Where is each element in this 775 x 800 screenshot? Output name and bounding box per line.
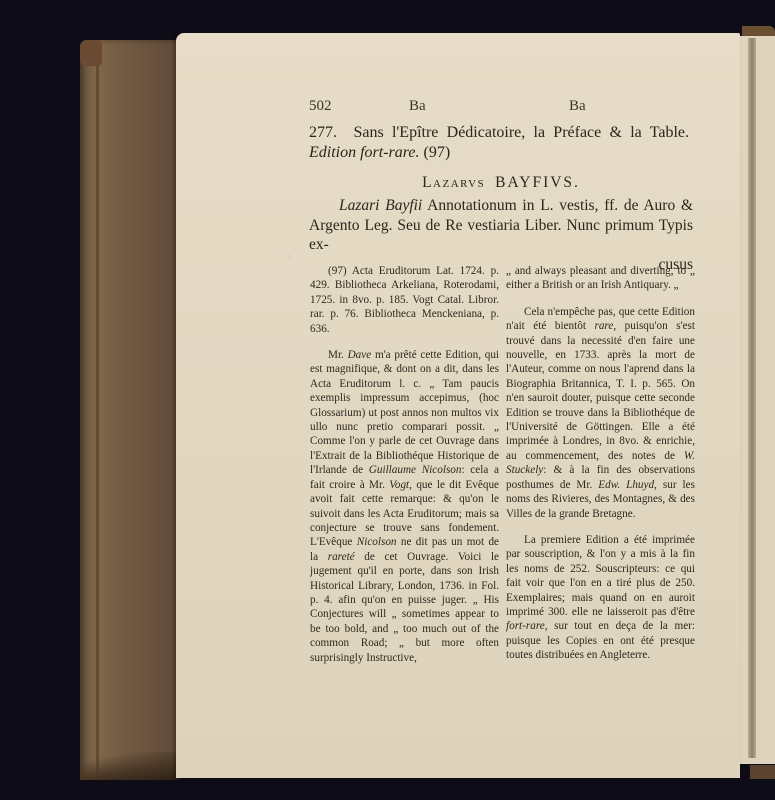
running-head-left: Ba — [409, 98, 426, 115]
italic-name: Nicolson — [357, 536, 397, 548]
right-column: „ and always pleasant and diverting, to … — [506, 264, 695, 675]
text: m'a prêté cette Edition, qui est magnifi… — [310, 349, 499, 476]
paragraph-3: La premiere Edition a été imprimée par s… — [506, 533, 695, 663]
footnote-ref: (97) — [424, 144, 451, 161]
title-entry: Lazari Bayfii Annotationum in L. vestis,… — [309, 196, 693, 274]
text: de cet Ouvrage. Voici le jugement qu'il … — [310, 551, 499, 664]
paragraph-1: Mr. Dave m'a prêté cette Edition, qui es… — [310, 348, 499, 665]
italic-name: Guillaume Nicolson — [369, 464, 462, 476]
author-first-name: Lazarvs — [422, 174, 485, 191]
quote-continuation: „ and always pleasant and diverting, to … — [506, 264, 695, 293]
text: , puisqu'on s'est trouvé dans la necessi… — [506, 320, 695, 462]
footnote-97: (97) Acta Eruditorum Lat. 1724. p. 429. … — [310, 264, 499, 336]
left-column: (97) Acta Eruditorum Lat. 1724. p. 429. … — [310, 264, 499, 677]
page-gutter — [748, 38, 756, 758]
text: Mr. — [328, 349, 344, 361]
entry-rarity: Edition fort-rare. — [309, 144, 420, 161]
italic-name: Vogt — [389, 479, 409, 491]
author-heading: LazarvsBAYFIVS. — [309, 174, 693, 192]
facing-page-edge — [740, 36, 775, 764]
entry-text: Sans l'Epître Dédicatoire, la Préface & … — [354, 124, 690, 141]
running-head-right: Ba — [569, 98, 586, 115]
italic-word: rareté — [328, 551, 355, 563]
page-number: 502 — [309, 98, 332, 115]
italic-name: Edw. Lhuyd — [598, 479, 654, 491]
entry-number: 277. — [309, 124, 337, 141]
running-head: 502 Ba Ba — [309, 98, 619, 118]
cover-corner-bottom — [750, 765, 775, 779]
author-last-name: BAYFIVS. — [495, 174, 580, 191]
text: La premiere Edition a été imprimée par s… — [506, 534, 695, 618]
book-spine-cap — [80, 40, 102, 66]
title-author-italic: Lazari Bayfii — [339, 197, 422, 214]
italic-word: fort-rare — [506, 620, 545, 632]
entry-277: 277. Sans l'Epître Dédicatoire, la Préfa… — [309, 123, 693, 163]
italic-word: rare — [594, 320, 613, 332]
book-cover-board — [80, 40, 180, 780]
italic-name: Dave — [348, 349, 372, 361]
paragraph-2: Cela n'empêche pas, que cette Edition n'… — [506, 305, 695, 521]
